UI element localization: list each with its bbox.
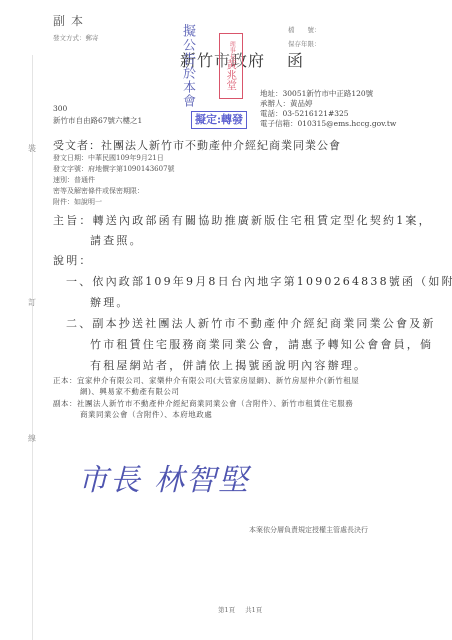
signature-name: 林智堅 [154, 463, 250, 498]
subject-line-1: 主旨：轉送內政部函有關協助推廣新版住宅租賃定型化契約1案， [53, 212, 432, 228]
item-2-line-1: 二、副本抄送社團法人新竹市不動產仲介經紀商業同業公會及新 [66, 315, 436, 331]
page-number: 第1頁共1頁 [218, 605, 262, 614]
seal-title: 理事長 [225, 41, 238, 59]
blue-box-stamp: 擬定:轉發 [191, 111, 247, 129]
mayor-signature: 市長林智堅 [78, 455, 250, 499]
blue-vertical-note: 擬公告於本會 [180, 24, 194, 108]
file-number-label: 檔 號： [288, 25, 321, 34]
recipient: 受文者：社團法人新竹市不動產仲介經紀商業同業公會 [53, 137, 341, 153]
copy-to-line-2: 商業同業公會（含附件）、本府地政處 [80, 409, 212, 420]
postal-code: 300 [53, 104, 67, 113]
binding-mark: 訂 [28, 297, 36, 308]
recipient-address: 新竹市自由路67號六樓之1 [53, 115, 142, 126]
copy-to-line-1: 副本：社團法人新竹市不動產仲介經紀商業同業公會（含附件）、新竹市租賃住宅服務 [53, 398, 353, 409]
item-1-line-1: 一、依內政部109年9月8日台內地字第1090264838號函（如附件） [66, 273, 452, 289]
item-2-line-2: 竹市租賃住宅服務商業同業公會，請惠予轉知公會會員，倘 [90, 336, 433, 352]
binding-mark: 裝 [28, 143, 36, 154]
signature-title: 市長 [78, 463, 142, 498]
send-method: 發文方式：郵寄 [53, 33, 99, 42]
original-to-line-2: 網)、興易家不動產有限公司 [80, 386, 179, 397]
subject-line-2: 請查照。 [90, 232, 143, 248]
item-2-line-3: 有租屋網站者，併請依上揭號函說明內容辦理。 [90, 357, 367, 373]
doc-type: 函 [287, 51, 304, 70]
original-to-line-1: 正本：宜家仲介有限公司、家樂仲介有限公司(大管家房屋網)、新竹房屋仲介(新竹租屋 [53, 375, 359, 386]
red-seal-stamp: 理事長黃兆堂 [219, 33, 243, 99]
copy-label: 副本 [53, 12, 89, 29]
delegation-note: 本案依分層負責規定授權主管處長決行 [249, 525, 368, 535]
page-current: 第1頁 [218, 606, 235, 614]
explanation-label: 說明： [53, 252, 93, 268]
binding-mark: 線 [28, 433, 36, 444]
confidentiality: 密等及解密條件或保密期限： [53, 186, 144, 196]
page-total: 共1頁 [245, 606, 262, 614]
speed: 速別：普通件 [53, 175, 95, 185]
seal-name: 黃兆堂 [225, 59, 238, 91]
doc-number: 發文字號：府地價字第1090143607號 [53, 164, 175, 174]
item-1-line-2: 辦理。 [90, 294, 130, 310]
attachment: 附件：如說明一 [53, 197, 102, 207]
retention-label: 保存年限： [288, 39, 321, 48]
sender-email: 電子信箱：010315@ems.hccg.gov.tw [260, 118, 396, 129]
issue-date: 發文日期：中華民國109年9月21日 [53, 153, 164, 163]
